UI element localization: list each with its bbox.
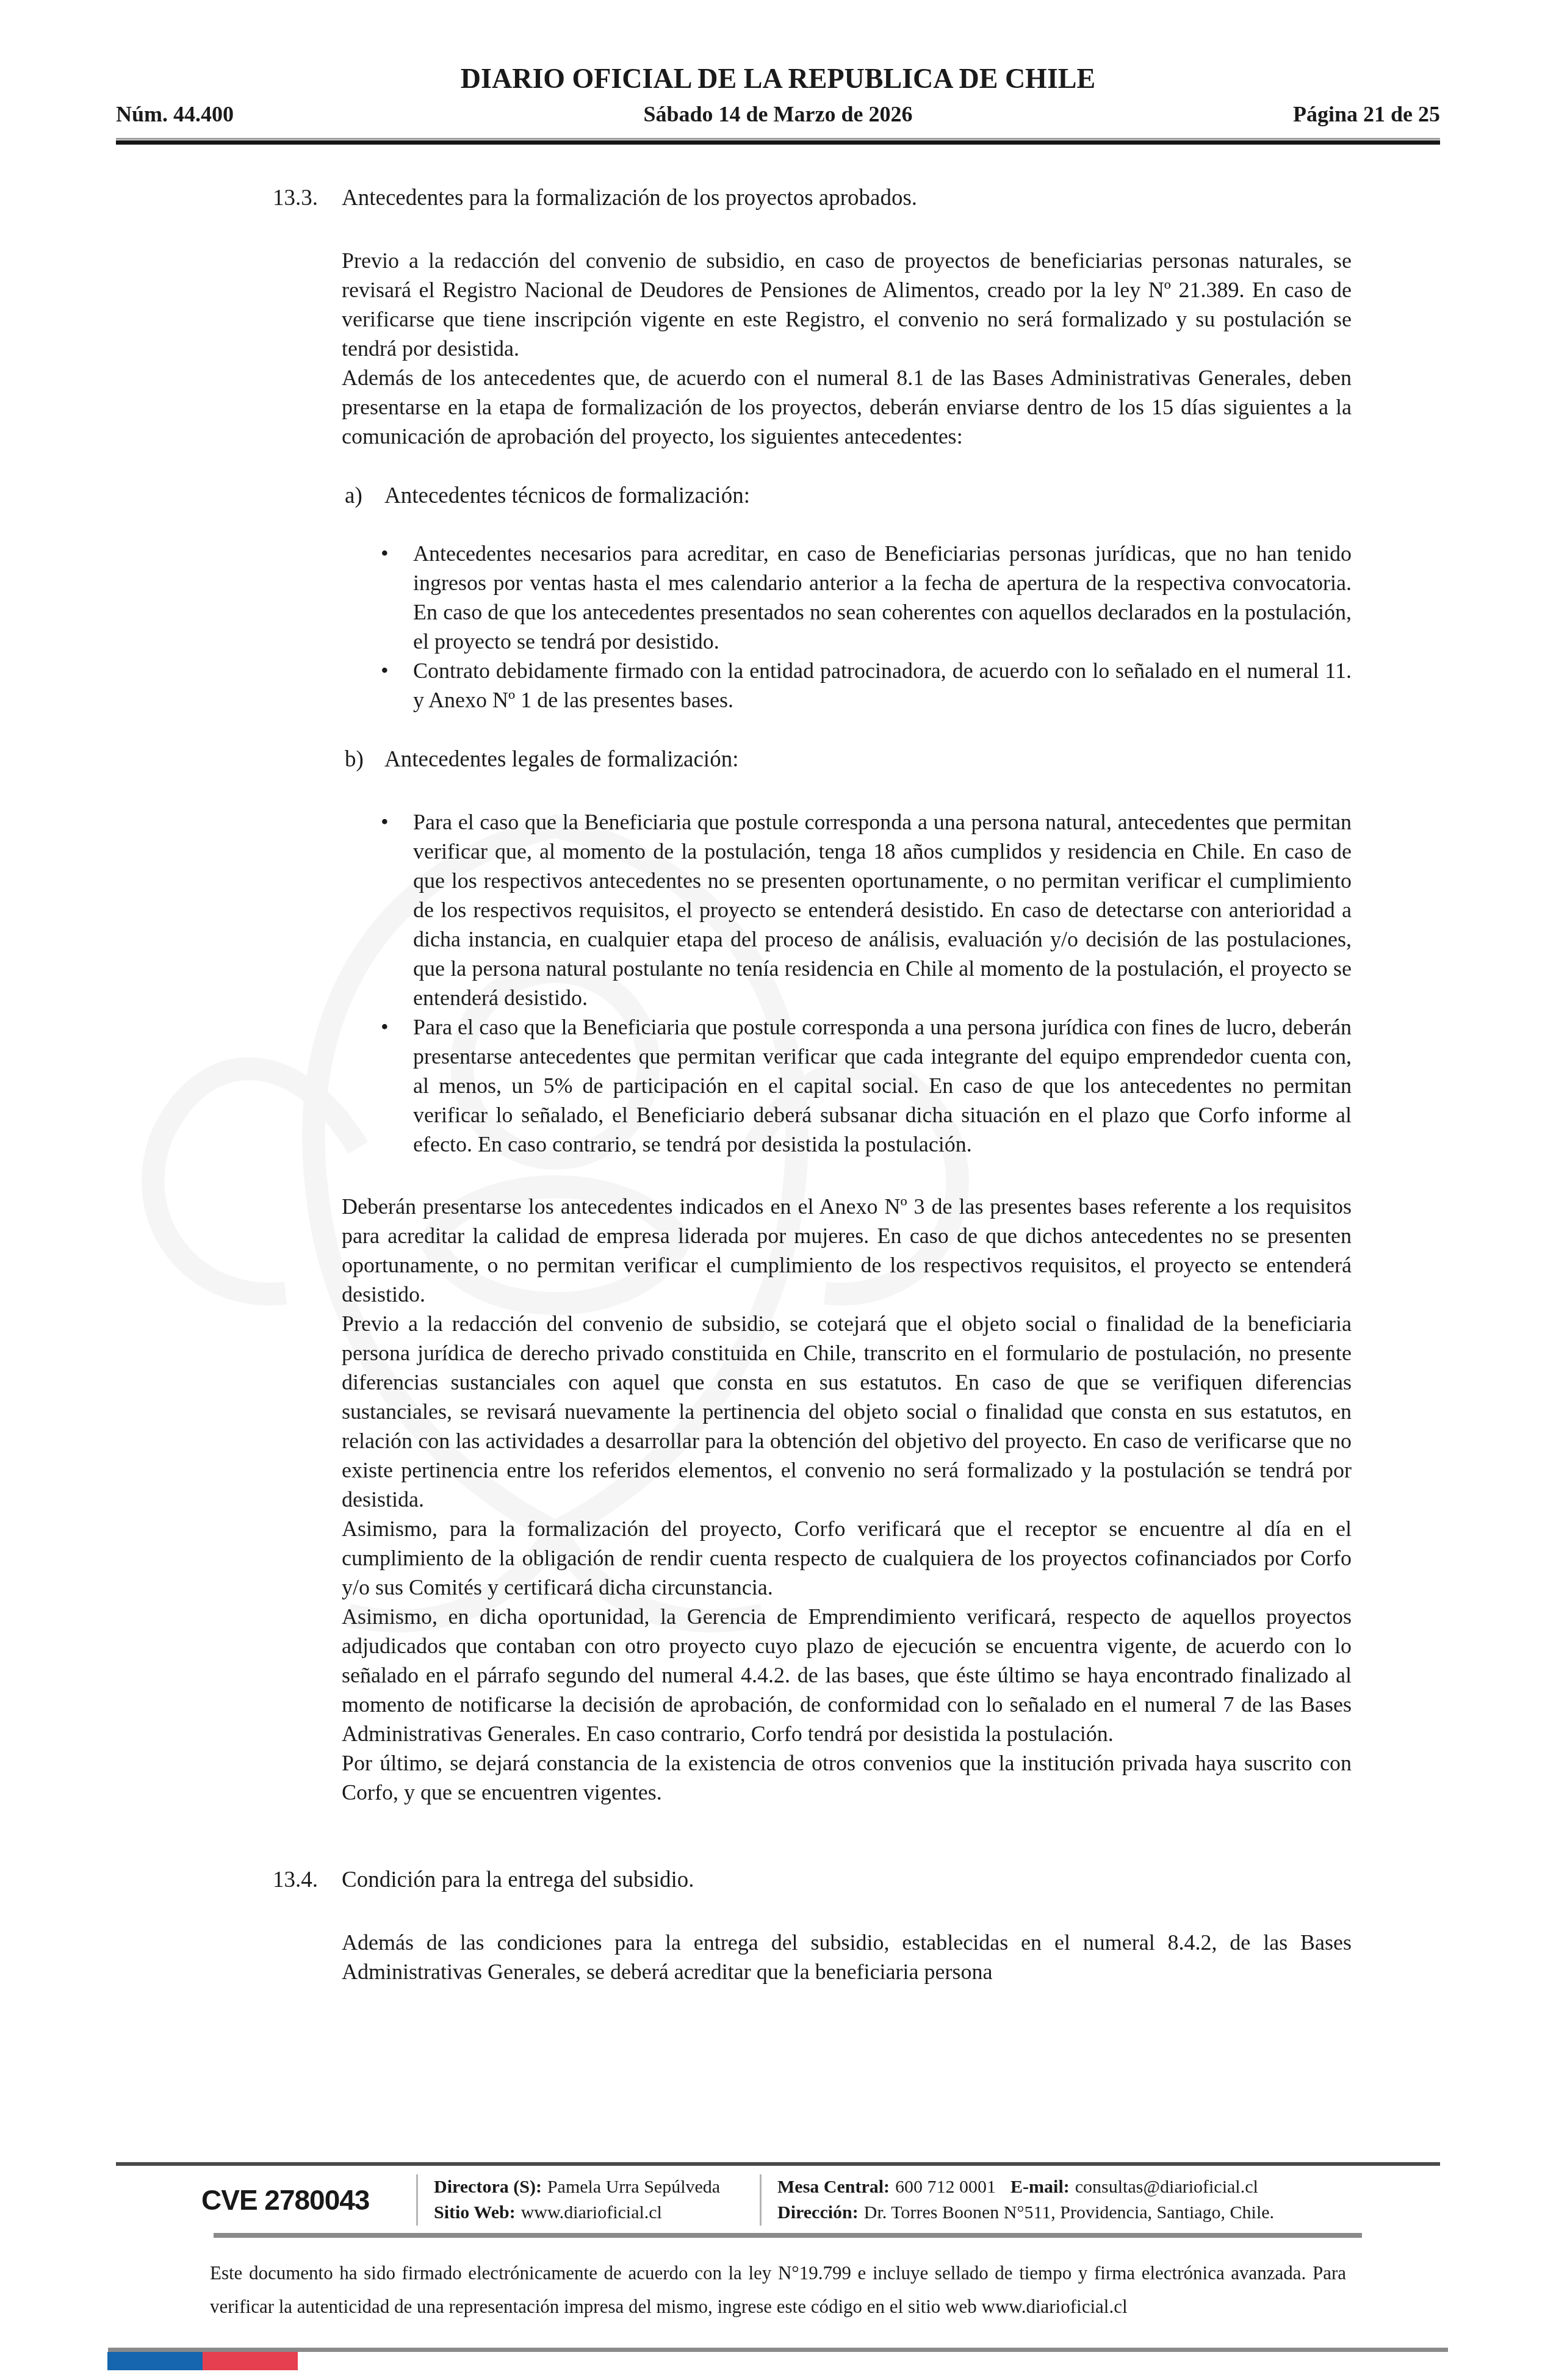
list-item-text: Para el caso que la Beneficiaria que pos… — [413, 810, 1352, 1010]
address-label: Dirección: — [777, 2202, 859, 2223]
flag-red-segment — [203, 2352, 298, 2370]
subsection-heading-a: a) Antecedentes técnicos de formalizació… — [342, 481, 1352, 511]
list-item-text: Para el caso que la Beneficiaria que pos… — [413, 1015, 1352, 1156]
document-page: DIARIO OFICIAL DE LA REPUBLICA DE CHILE … — [0, 0, 1556, 2380]
header-meta-row: Núm. 44.400 Sábado 14 de Marzo de 2026 P… — [116, 100, 1440, 128]
list-item: • Contrato debidamente firmado con la en… — [342, 656, 1352, 715]
list-item-text: Antecedentes necesarios para acreditar, … — [413, 541, 1352, 654]
subsection-title: Antecedentes técnicos de formalización: — [384, 483, 750, 508]
bullet-marker: • — [381, 1012, 389, 1042]
footer-director-column: Directora (S):Pamela Urra Sepúlveda Siti… — [418, 2174, 760, 2226]
subsection-title: Antecedentes legales de formalización: — [384, 747, 738, 772]
website-label: Sitio Web: — [434, 2202, 516, 2223]
email-value: consultas@diarioficial.cl — [1075, 2177, 1258, 2197]
director-value: Pamela Urra Sepúlveda — [547, 2177, 720, 2197]
mesa-central-value: 600 712 0001 — [895, 2177, 996, 2197]
closing-paragraphs: Deberán presentarse los antecedentes ind… — [342, 1192, 1352, 1807]
cve-code: CVE 2780043 — [116, 2174, 416, 2226]
flag-blue-segment — [107, 2352, 203, 2370]
footer-top-rule — [116, 2162, 1440, 2166]
bullet-list-a: • Antecedentes necesarios para acreditar… — [342, 539, 1352, 715]
paragraph: Además de los antecedentes que, de acuer… — [342, 363, 1352, 451]
paragraph: Asimismo, para la formalización del proy… — [342, 1514, 1352, 1602]
address-line: Dirección:Dr. Torres Boonen N°511, Provi… — [777, 2200, 1440, 2226]
header-divider — [116, 138, 1440, 145]
issue-date: Sábado 14 de Marzo de 2026 — [116, 100, 1440, 128]
document-body: 13.3. Antecedentes para la formalización… — [342, 184, 1352, 1986]
section-title: Condición para la entrega del subsidio. — [342, 1867, 694, 1892]
section-title: Antecedentes para la formalización de lo… — [342, 186, 917, 211]
subsection-label: b) — [345, 745, 364, 774]
bullet-marker: • — [381, 539, 389, 568]
page-header: DIARIO OFICIAL DE LA REPUBLICA DE CHILE … — [0, 0, 1556, 145]
paragraph: Asimismo, en dicha oportunidad, la Geren… — [342, 1602, 1352, 1748]
chile-flag-bar — [107, 2352, 298, 2370]
section-heading-13-4: 13.4. Condición para la entrega del subs… — [342, 1866, 1352, 1895]
section-number: 13.3. — [273, 184, 318, 213]
list-item-text: Contrato debidamente firmado con la enti… — [413, 658, 1352, 712]
website-line: Sitio Web:www.diarioficial.cl — [434, 2200, 760, 2226]
subsection-heading-b: b) Antecedentes legales de formalización… — [342, 745, 1352, 774]
paragraph: Previo a la redacción del convenio de su… — [342, 246, 1352, 363]
footer-bottom-rule — [108, 2348, 1448, 2352]
list-item: • Antecedentes necesarios para acreditar… — [342, 539, 1352, 656]
section-heading-13-3: 13.3. Antecedentes para la formalización… — [342, 184, 1352, 213]
bullet-list-b: • Para el caso que la Beneficiaria que p… — [342, 807, 1352, 1159]
address-value: Dr. Torres Boonen N°511, Providencia, Sa… — [864, 2202, 1274, 2223]
list-item: • Para el caso que la Beneficiaria que p… — [342, 1012, 1352, 1159]
website-value: www.diarioficial.cl — [521, 2202, 662, 2223]
paragraph: Por último, se dejará constancia de la e… — [342, 1748, 1352, 1807]
contact-line: Mesa Central:600 712 0001E-mail:consulta… — [777, 2174, 1440, 2200]
director-label: Directora (S): — [434, 2177, 542, 2197]
mesa-central-label: Mesa Central: — [777, 2177, 890, 2197]
page-footer: CVE 2780043 Directora (S):Pamela Urra Se… — [0, 2162, 1556, 2370]
paragraph: Previo a la redacción del convenio de su… — [342, 1309, 1352, 1514]
legal-notice: Este documento ha sido firmado electróni… — [210, 2256, 1346, 2323]
footer-middle-rule — [214, 2233, 1362, 2238]
subsection-label: a) — [345, 481, 362, 511]
section-number: 13.4. — [273, 1866, 318, 1895]
director-line: Directora (S):Pamela Urra Sepúlveda — [434, 2174, 760, 2200]
publication-title: DIARIO OFICIAL DE LA REPUBLICA DE CHILE — [0, 62, 1556, 95]
paragraph: Deberán presentarse los antecedentes ind… — [342, 1192, 1352, 1309]
footer-info-row: CVE 2780043 Directora (S):Pamela Urra Se… — [116, 2174, 1440, 2226]
paragraph: Además de las condiciones para la entreg… — [342, 1928, 1352, 1986]
email-label: E-mail: — [1010, 2177, 1070, 2197]
bullet-marker: • — [381, 656, 389, 685]
bullet-marker: • — [381, 807, 389, 837]
list-item: • Para el caso que la Beneficiaria que p… — [342, 807, 1352, 1012]
footer-contact-column: Mesa Central:600 712 0001E-mail:consulta… — [762, 2174, 1440, 2226]
